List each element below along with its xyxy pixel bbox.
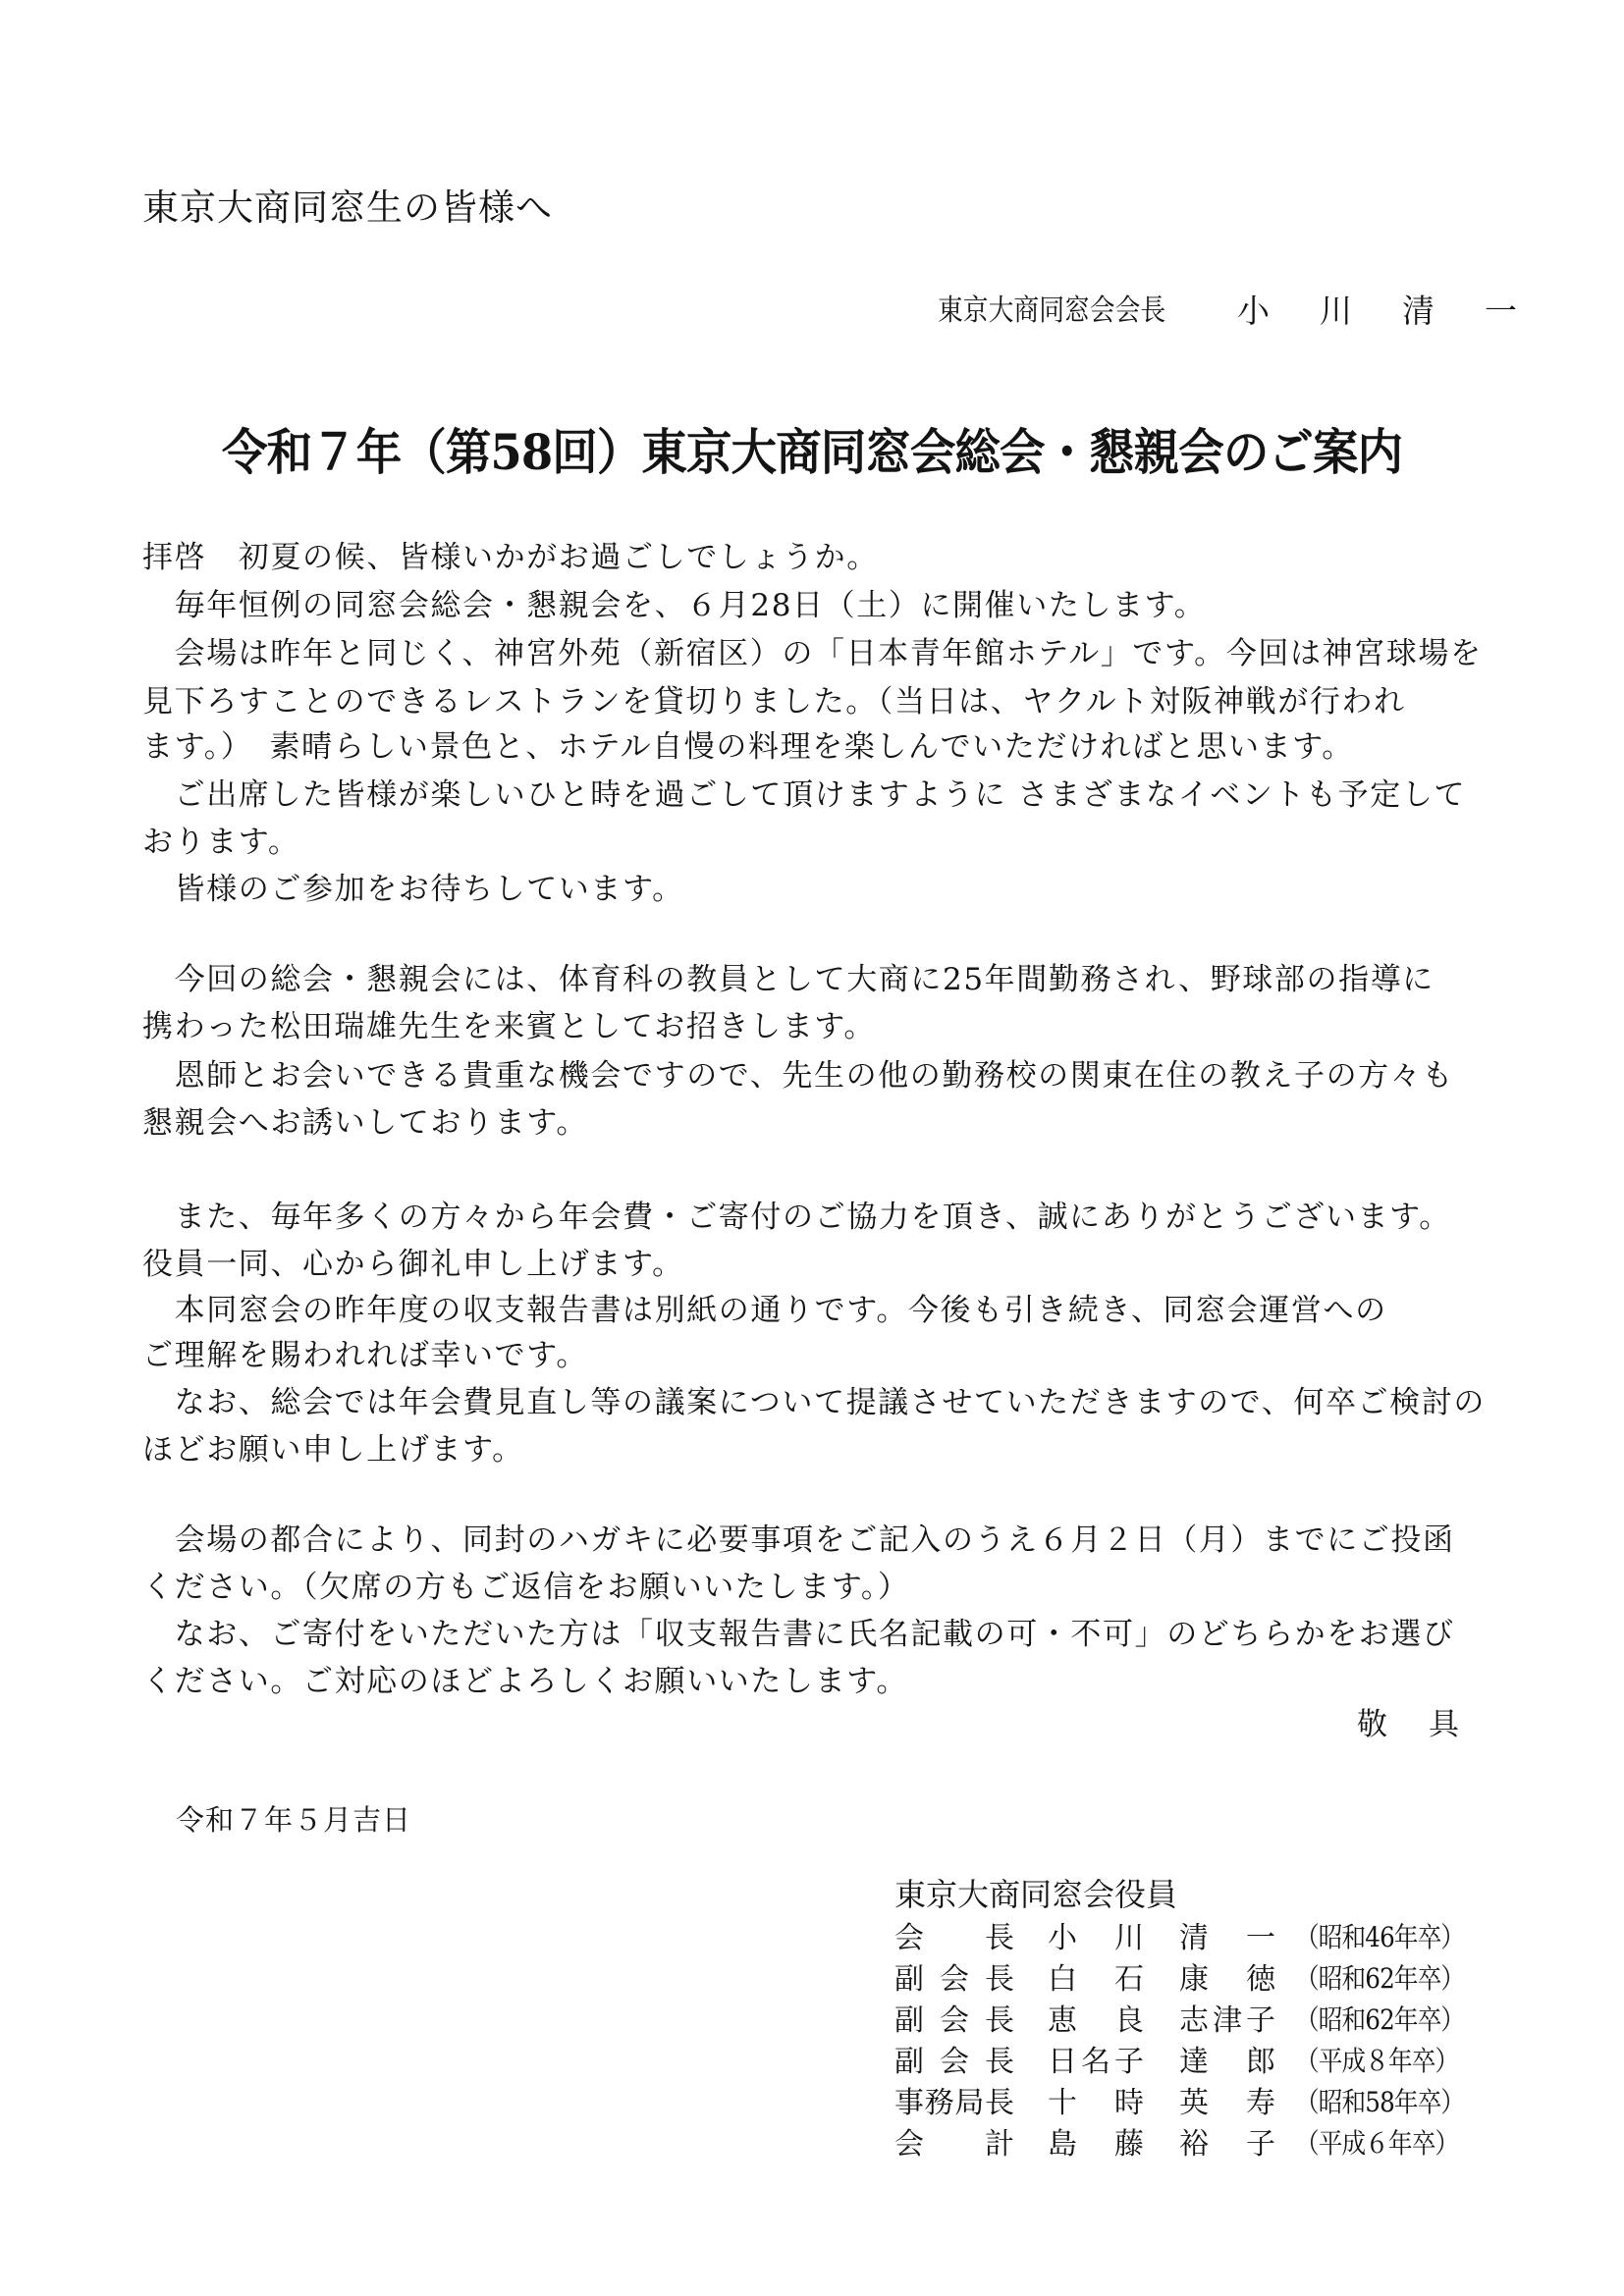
body-line: 携わった松田瑞雄先生を来賓としてお招きします。 xyxy=(142,1012,876,1042)
officer-given-name: 清一 xyxy=(1179,1924,1275,1953)
body-line: ご理解を賜われれば幸いです。 xyxy=(142,1341,588,1371)
sender-signature: 東京大商同窓会会長 小川清一 xyxy=(938,296,1208,326)
officer-surname: 島藤 xyxy=(1048,2130,1144,2160)
issue-date: 令和７年５月吉日 xyxy=(176,1806,411,1835)
sender-role: 東京大商同窓会会長 xyxy=(938,296,1170,326)
body-line: ます。） 素晴らしい景色と、ホテル自慢の料理を楽しんでいただければと思います。 xyxy=(142,732,1354,763)
body-line: おります。 xyxy=(142,828,300,858)
body-line: 会場の都合により、同封のハガキに必要事項をご記入のうえ６月２日（月）までにご投函 xyxy=(142,1525,1455,1556)
letter-page: 東京大商同窓生の皆様へ 東京大商同窓会会長 小川清一 令和７年（第58回）東京大… xyxy=(0,0,1624,2296)
officer-graduation-year: （平成６年卒） xyxy=(1295,2130,1458,2158)
salutation: 東京大商同窓生の皆様へ xyxy=(142,189,553,226)
officer-given-name: 志津子 xyxy=(1179,2006,1275,2036)
body-line: なお、ご寄付をいただいた方は「収支報告書に氏名記載の可・不可」のどちらかをお選び xyxy=(142,1620,1455,1650)
body-line: 毎年恒例の同窓会総会・懇親会を、６月28日（土）に開催いたします。 xyxy=(142,591,1206,621)
officer-given-name: 康徳 xyxy=(1179,1965,1275,1995)
officer-title: 副会長 xyxy=(894,1965,1014,1995)
officer-given-name: 達郎 xyxy=(1179,2048,1275,2077)
body-line: 拝啓 初夏の候、皆様いかがお過ごしでしょうか。 xyxy=(142,543,879,573)
officer-graduation-year: （昭和62年卒） xyxy=(1295,2006,1464,2034)
officer-surname: 日名子 xyxy=(1048,2048,1144,2077)
body-line: 懇親会へお誘いしております。 xyxy=(142,1108,588,1139)
officer-given-name: 英寿 xyxy=(1179,2089,1275,2118)
body-line: 皆様のご参加をお待ちしています。 xyxy=(142,875,684,905)
body-line: また、毎年多くの方々から年会費・ご寄付のご協力を頂き、誠にありがとうございます。 xyxy=(142,1202,1451,1233)
officer-surname: 恵良 xyxy=(1048,2006,1144,2036)
body-line: 見下ろすことのできるレストランを貸切りました。（当日は、ヤクルト対阪神戦が行われ xyxy=(142,687,1406,718)
body-line: 本同窓会の昨年度の収支報告書は別紙の通りです。今後も引き続き、同窓会運営への xyxy=(142,1296,1387,1326)
officer-surname: 十時 xyxy=(1048,2089,1144,2118)
officer-title: 会計 xyxy=(894,2130,1014,2160)
body-line: 役員一同、心から御礼申し上げます。 xyxy=(142,1250,684,1280)
body-line: ください。（欠席の方もご返信をお願いいたします。） xyxy=(142,1573,910,1603)
officers-heading: 東京大商同窓会役員 xyxy=(894,1879,1177,1910)
body-line: 恩師とお会いできる貴重な機会ですので、先生の他の勤務校の関東在住の教え子の方々も xyxy=(142,1061,1454,1092)
body-line: 会場は昨年と同じく、神宮外苑（新宿区）の「日本青年館ホテル」です。今回は神宮球場… xyxy=(142,639,1483,669)
officer-graduation-year: （昭和46年卒） xyxy=(1295,1924,1464,1951)
document-title: 令和７年（第58回）東京大商同窓会総会・懇親会のご案内 xyxy=(222,428,1402,477)
sender-name: 小川清一 xyxy=(1237,294,1567,327)
closing-phrase: 敬具 xyxy=(1357,1710,1500,1740)
officer-title: 事務局長 xyxy=(894,2089,1014,2118)
body-line: ほどお願い申し上げます。 xyxy=(142,1435,524,1466)
officer-graduation-year: （昭和58年卒） xyxy=(1295,2089,1464,2116)
officer-title: 副会長 xyxy=(894,2006,1014,2036)
body-line: なお、総会では年会費見直し等の議案について提議させていただきますので、何卒ご検討… xyxy=(142,1388,1486,1418)
body-line: ご出席した皆様が楽しいひと時を過ごして頂けますように さまざまなイベントも予定し… xyxy=(142,780,1466,811)
officer-graduation-year: （昭和62年卒） xyxy=(1295,1965,1464,1993)
officer-title: 会長 xyxy=(894,1924,1014,1953)
body-line: ください。ご対応のほどよろしくお願いいたします。 xyxy=(142,1667,908,1697)
officer-graduation-year: （平成８年卒） xyxy=(1295,2048,1458,2075)
officer-surname: 白石 xyxy=(1048,1965,1144,1995)
officer-title: 副会長 xyxy=(894,2048,1014,2077)
officer-surname: 小川 xyxy=(1048,1924,1144,1953)
body-line: 今回の総会・懇親会には、体育科の教員として大商に25年間勤務され、野球部の指導に xyxy=(142,965,1435,995)
officer-given-name: 裕子 xyxy=(1179,2130,1275,2160)
